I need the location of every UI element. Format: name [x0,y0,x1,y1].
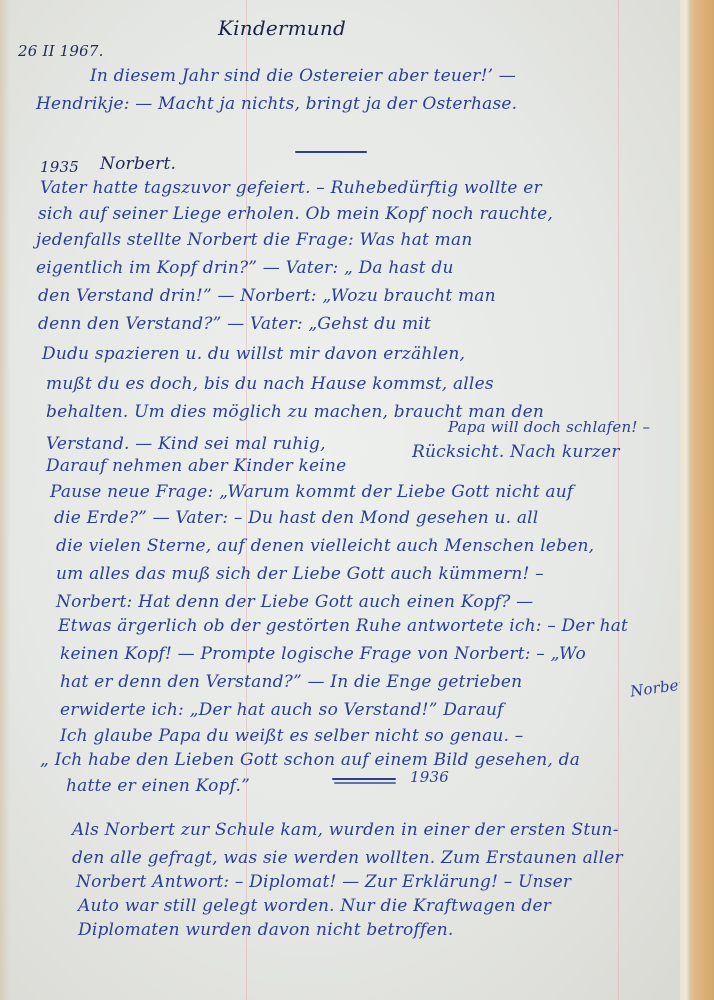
text-line: hatte er einen Kopf.” [66,778,250,795]
text-line: die Erde?” — Vater: – Du hast den Mond g… [54,510,538,527]
entry-year: 1936 [410,770,449,785]
text-line: Vater hatte tagszuvor gefeiert. – Ruhebe… [40,180,542,197]
text-line: jedenfalls stellte Norbert die Frage: Wa… [36,232,472,249]
text-line: Pause neue Frage: „Warum kommt der Liebe… [50,484,573,501]
text-line: Etwas ärgerlich ob der gestörten Ruhe an… [58,618,628,635]
text-line: Dudu spazieren u. du willst mir davon er… [42,346,465,363]
text-line: Darauf nehmen aber Kinder keine [46,458,346,475]
entry-year: 1935 [40,160,79,175]
text-line: den Verstand drin!” — Norbert: „Wozu bra… [38,288,496,305]
text-line: Diplomaten wurden davon nicht betroffen. [78,922,453,939]
text-line: In diesem Jahr sind die Ostereier aber t… [90,68,516,85]
text-line: mußt du es doch, bis du nach Hause komms… [46,376,494,393]
notebook-page: Kindermund 26 II 1967. In diesem Jahr si… [0,0,687,1000]
text-insert: Rücksicht. Nach kurzer [412,444,620,461]
text-line: eigentlich im Kopf drin?” — Vater: „ Da … [36,260,454,277]
text-line: die vielen Sterne, auf denen vielleicht … [56,538,594,555]
separator-line [295,151,367,153]
text-insert: Norbert: [629,675,687,699]
page-title: Kindermund [218,18,346,38]
text-line: denn den Verstand?” — Vater: „Gehst du m… [38,316,431,333]
text-line: sich auf seiner Liege erholen. Ob mein K… [38,206,553,223]
text-line: Auto war still gelegt worden. Nur die Kr… [78,898,551,915]
separator-line [332,778,396,780]
notebook-binding [680,0,714,1000]
text-line: keinen Kopf! — Prompte logische Frage vo… [60,646,586,663]
text-line: Norbert Antwort: – Diplomat! — Zur Erklä… [76,874,571,891]
separator-line [334,782,396,784]
text-line: erwiderte ich: „Der hat auch so Verstand… [60,702,504,719]
entry-name: Norbert. [100,156,176,173]
text-line: den alle gefragt, was sie werden wollten… [72,850,623,867]
text-insert: Papa will doch schlafen! – [448,420,650,435]
entry-date: 26 II 1967. [18,44,104,59]
text-line: Norbert: Hat denn der Liebe Gott auch ei… [56,594,533,611]
text-line: Ich glaube Papa du weißt es selber nicht… [60,728,523,745]
notebook-photo: Kindermund 26 II 1967. In diesem Jahr si… [0,0,714,1000]
text-line: Verstand. — Kind sei mal ruhig, [46,436,326,453]
text-line: Als Norbert zur Schule kam, wurden in ei… [72,822,619,839]
text-line: Hendrikje: — Macht ja nichts, bringt ja … [36,96,517,113]
text-line: „ Ich habe den Lieben Gott schon auf ein… [40,752,580,769]
text-line: hat er denn den Verstand?” — In die Enge… [60,674,522,691]
text-line: um alles das muß sich der Liebe Gott auc… [56,566,544,583]
